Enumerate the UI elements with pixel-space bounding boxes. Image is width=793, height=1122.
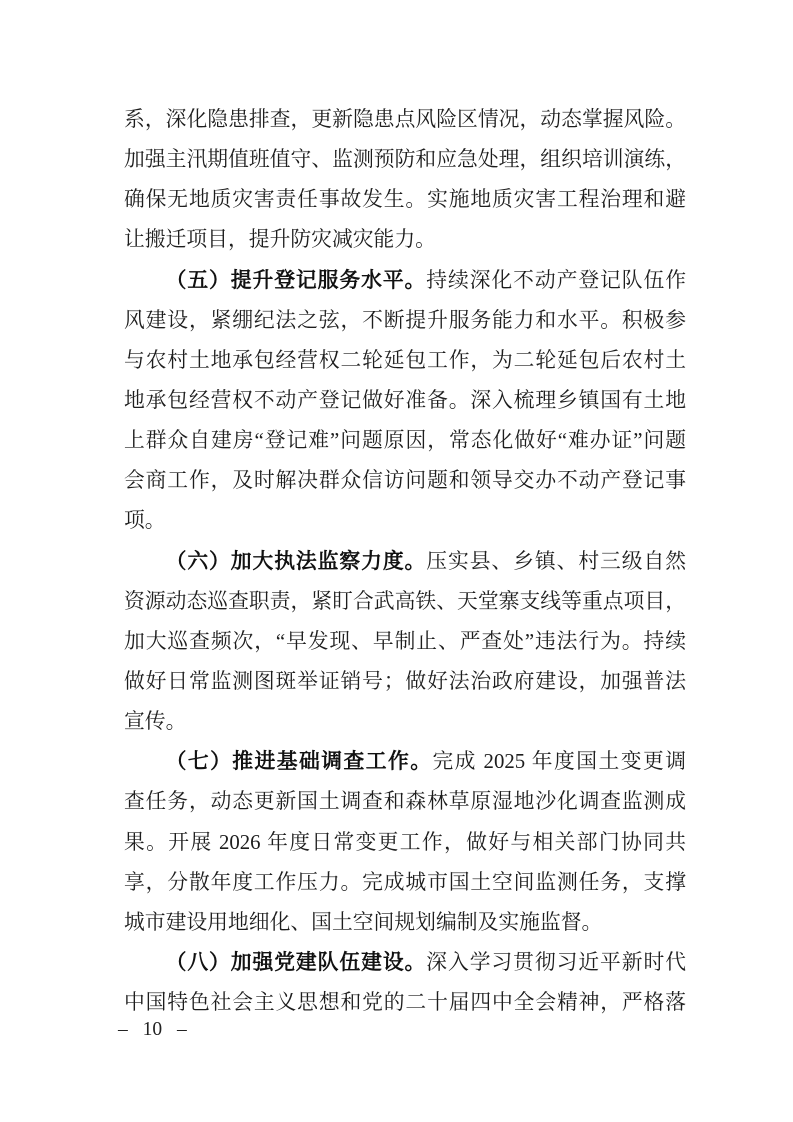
text-line: 宣传。	[124, 702, 686, 742]
text-line: （五）提升登记服务水平。持续深化不动产登记队伍作	[124, 261, 686, 301]
paragraph-text: 压实县、乡镇、村三级自然	[426, 550, 686, 573]
document-body: 系，深化隐患排查，更新隐患点风险区情况，动态掌握风险。加强主汛期值班值守、监测预…	[124, 100, 686, 1023]
paragraph-lead: （八）加强党建队伍建设。	[166, 951, 427, 974]
text-line: 地承包经营权不动产登记做好准备。深入梳理乡镇国有土地	[124, 381, 686, 421]
paragraph: 系，深化隐患排查，更新隐患点风险区情况，动态掌握风险。加强主汛期值班值守、监测预…	[124, 100, 686, 261]
text-line: （七）推进基础调查工作。完成 2025 年度国土变更调	[124, 742, 686, 782]
paragraph-lead: （七）推进基础调查工作。	[166, 750, 433, 773]
text-line: 资源动态巡查职责，紧盯合武高铁、天堂寨支线等重点项目，	[124, 582, 686, 622]
text-line: （六）加大执法监察力度。压实县、乡镇、村三级自然	[124, 542, 686, 582]
paragraph-text: 持续深化不动产登记队伍作	[426, 269, 686, 292]
text-line: 风建设，紧绷纪法之弦，不断提升服务能力和水平。积极参	[124, 301, 686, 341]
text-line: 城市建设用地细化、国土空间规划编制及实施监督。	[124, 903, 686, 943]
text-line: 做好日常监测图斑举证销号；做好法治政府建设，加强普法	[124, 662, 686, 702]
paragraph: （七）推进基础调查工作。完成 2025 年度国土变更调查任务，动态更新国土调查和…	[124, 742, 686, 943]
text-line: 享，分散年度工作压力。完成城市国土空间监测任务，支撑	[124, 863, 686, 903]
text-line: （八）加强党建队伍建设。深入学习贯彻习近平新时代	[124, 943, 686, 983]
page-number: – 10 –	[118, 1018, 187, 1042]
text-line: 项。	[124, 501, 686, 541]
text-line: 上群众自建房“登记难”问题原因，常态化做好“难办证”问题	[124, 421, 686, 461]
text-line: 与农村土地承包经营权二轮延包工作，为二轮延包后农村土	[124, 341, 686, 381]
paragraph-text: 深入学习贯彻习近平新时代	[426, 951, 686, 974]
text-line: 查任务，动态更新国土调查和森林草原湿地沙化调查监测成	[124, 782, 686, 822]
paragraph-lead: （五）提升登记服务水平。	[166, 269, 427, 292]
text-line: 中国特色社会主义思想和党的二十届四中全会精神，严格落	[124, 983, 686, 1023]
text-line: 加强主汛期值班值守、监测预防和应急处理，组织培训演练，	[124, 140, 686, 180]
text-line: 会商工作，及时解决群众信访问题和领导交办不动产登记事	[124, 461, 686, 501]
text-line: 果。开展 2026 年度日常变更工作，做好与相关部门协同共	[124, 823, 686, 863]
paragraph: （八）加强党建队伍建设。深入学习贯彻习近平新时代中国特色社会主义思想和党的二十届…	[124, 943, 686, 1023]
text-line: 让搬迁项目，提升防灾减灾能力。	[124, 220, 686, 260]
paragraph: （五）提升登记服务水平。持续深化不动产登记队伍作风建设，紧绷纪法之弦，不断提升服…	[124, 261, 686, 542]
text-line: 系，深化隐患排查，更新隐患点风险区情况，动态掌握风险。	[124, 100, 686, 140]
text-line: 确保无地质灾害责任事故发生。实施地质灾害工程治理和避	[124, 180, 686, 220]
paragraph-text: 完成 2025 年度国土变更调	[432, 750, 686, 773]
document-page: 系，深化隐患排查，更新隐患点风险区情况，动态掌握风险。加强主汛期值班值守、监测预…	[0, 0, 793, 1122]
paragraph: （六）加大执法监察力度。压实县、乡镇、村三级自然资源动态巡查职责，紧盯合武高铁、…	[124, 542, 686, 743]
paragraph-lead: （六）加大执法监察力度。	[166, 550, 427, 573]
text-line: 加大巡查频次，“早发现、早制止、严查处”违法行为。持续	[124, 622, 686, 662]
